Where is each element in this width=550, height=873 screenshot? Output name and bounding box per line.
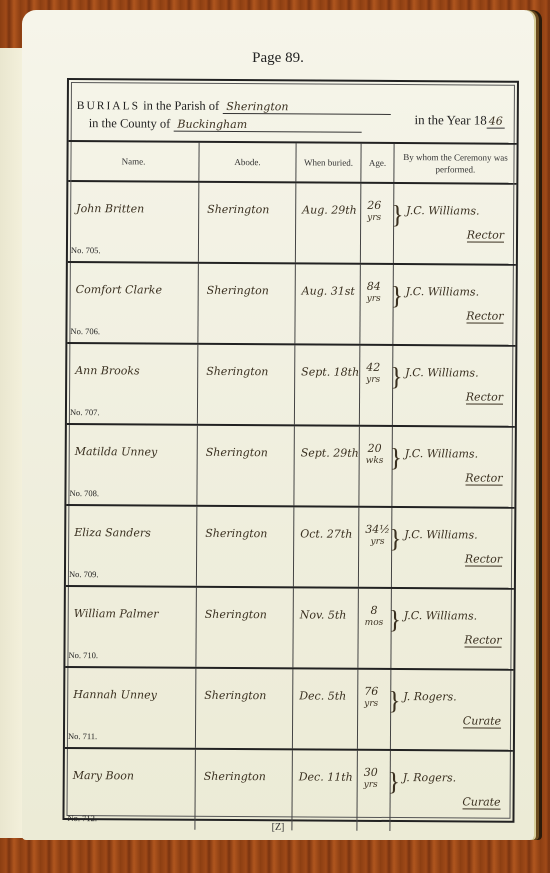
entry-date: Oct. 27th: [300, 527, 352, 540]
table-row: Hannah UnneyNo. 711. Sherington Dec. 5th…: [65, 668, 513, 752]
entry-date: Aug. 29th: [302, 203, 357, 216]
entry-number: No. 709.: [69, 569, 99, 579]
entry-date: Nov. 5th: [300, 608, 347, 621]
entry-age: 26yrs: [367, 200, 381, 224]
entry-age: 20wks: [366, 443, 384, 467]
col-by-whom: By whom the Ceremony was performed.: [394, 144, 516, 183]
brace-icon: }: [391, 202, 404, 228]
entry-name: Eliza Sanders: [74, 526, 151, 539]
entry-officiant-title: Rector: [466, 309, 503, 323]
entry-age: 34½yrs: [365, 524, 390, 548]
entry-officiant: J.C. Williams.: [406, 204, 479, 217]
entry-officiant: J. Rogers.: [403, 771, 456, 784]
county-value: Buckingham: [173, 118, 361, 133]
register-header: BURIALS in the Parish of Sherington in t…: [69, 80, 517, 145]
entry-officiant-title: Rector: [466, 390, 503, 404]
printer-signature-mark: [Z]: [22, 822, 534, 833]
entry-officiant-title: Rector: [465, 552, 502, 566]
entry-abode: Sherington: [205, 608, 267, 621]
entry-abode: Sherington: [204, 689, 266, 702]
entry-abode: Sherington: [204, 770, 266, 783]
col-name: Name.: [68, 142, 199, 181]
entry-name: John Britten: [76, 202, 144, 215]
year-prefix: in the Year 18: [414, 112, 486, 127]
col-when-buried: When buried.: [296, 143, 361, 181]
entry-name: Hannah Unney: [73, 688, 157, 702]
entry-officiant: J.C. Williams.: [405, 366, 478, 379]
col-abode: Abode.: [199, 143, 296, 182]
entry-abode: Sherington: [206, 365, 268, 378]
entry-officiant: J.C. Williams.: [405, 447, 478, 460]
entry-officiant-title: Rector: [465, 471, 502, 485]
entry-date: Sept. 18th: [301, 365, 359, 378]
register-page: Page 89. BURIALS in the Parish of Sherin…: [22, 10, 534, 840]
table-row: Matilda UnneyNo. 708. Sherington Sept. 2…: [66, 425, 514, 509]
table-row: Ann BrooksNo. 707. Sherington Sept. 18th…: [67, 344, 515, 428]
entry-age: 30yrs: [364, 767, 378, 791]
entry-officiant-title: Curate: [462, 795, 500, 809]
entry-number: No. 710.: [68, 650, 98, 660]
brace-icon: }: [390, 445, 403, 471]
entry-age: 84yrs: [367, 281, 381, 305]
table-row: Eliza SandersNo. 709. Sherington Oct. 27…: [66, 506, 514, 590]
entry-date: Dec. 11th: [299, 770, 353, 783]
page-number: Page 89.: [22, 50, 534, 67]
entries: John BrittenNo. 705. Sherington Aug. 29t…: [64, 182, 516, 832]
brace-icon: }: [388, 688, 401, 714]
entry-name: Mary Boon: [73, 769, 134, 782]
brace-icon: }: [391, 283, 404, 309]
table-row: John BrittenNo. 705. Sherington Aug. 29t…: [68, 182, 516, 266]
entry-abode: Sherington: [206, 446, 268, 459]
table-row: Mary BoonNo. 712. Sherington Dec. 11th 3…: [64, 749, 512, 832]
burials-label: BURIALS: [77, 100, 140, 112]
entry-abode: Sherington: [207, 203, 269, 216]
county-prefix: in the County of: [89, 116, 171, 130]
entry-date: Dec. 5th: [299, 689, 346, 702]
entry-name: William Palmer: [74, 607, 159, 621]
entry-age: 42yrs: [366, 362, 380, 386]
year-value: 46: [487, 115, 505, 129]
parish-value: Sherington: [222, 100, 390, 115]
table-row: Comfort ClarkeNo. 706. Sherington Aug. 3…: [67, 263, 515, 347]
brace-icon: }: [388, 769, 401, 795]
entry-officiant: J.C. Williams.: [406, 285, 479, 298]
entry-number: No. 708.: [69, 488, 99, 498]
entry-age: 8mos: [365, 605, 384, 629]
entry-name: Comfort Clarke: [76, 283, 162, 297]
entry-number: No. 707.: [70, 407, 100, 417]
entry-name: Matilda Unney: [75, 445, 158, 459]
entry-age: 76yrs: [364, 686, 378, 710]
entry-number: No. 711.: [68, 731, 97, 741]
entry-number: No. 706.: [70, 326, 100, 336]
column-headers: Name. Abode. When buried. Age. By whom t…: [68, 142, 516, 185]
year-field: in the Year 1846: [414, 112, 504, 129]
burial-register-table: BURIALS in the Parish of Sherington in t…: [62, 78, 519, 823]
parish-prefix: in the Parish of: [143, 98, 219, 112]
entry-name: Ann Brooks: [75, 364, 140, 377]
entry-officiant: J.C. Williams.: [404, 609, 477, 622]
table-row: William PalmerNo. 710. Sherington Nov. 5…: [65, 587, 513, 671]
entry-date: Sept. 29th: [301, 446, 359, 459]
entry-officiant-title: Curate: [463, 714, 501, 728]
brace-icon: }: [389, 607, 402, 633]
county-line: in the County of Buckingham: [89, 116, 362, 133]
brace-icon: }: [390, 364, 403, 390]
entry-abode: Sherington: [207, 284, 269, 297]
entry-number: No. 705.: [71, 245, 101, 255]
entry-officiant: J.C. Williams.: [404, 528, 477, 541]
entry-date: Aug. 31st: [302, 284, 355, 297]
entry-officiant-title: Rector: [467, 228, 504, 242]
parish-line: BURIALS in the Parish of Sherington: [77, 98, 391, 115]
brace-icon: }: [389, 526, 402, 552]
entry-officiant-title: Rector: [464, 633, 501, 647]
entry-officiant: J. Rogers.: [403, 690, 456, 703]
col-age: Age.: [361, 144, 394, 182]
entry-abode: Sherington: [205, 527, 267, 540]
